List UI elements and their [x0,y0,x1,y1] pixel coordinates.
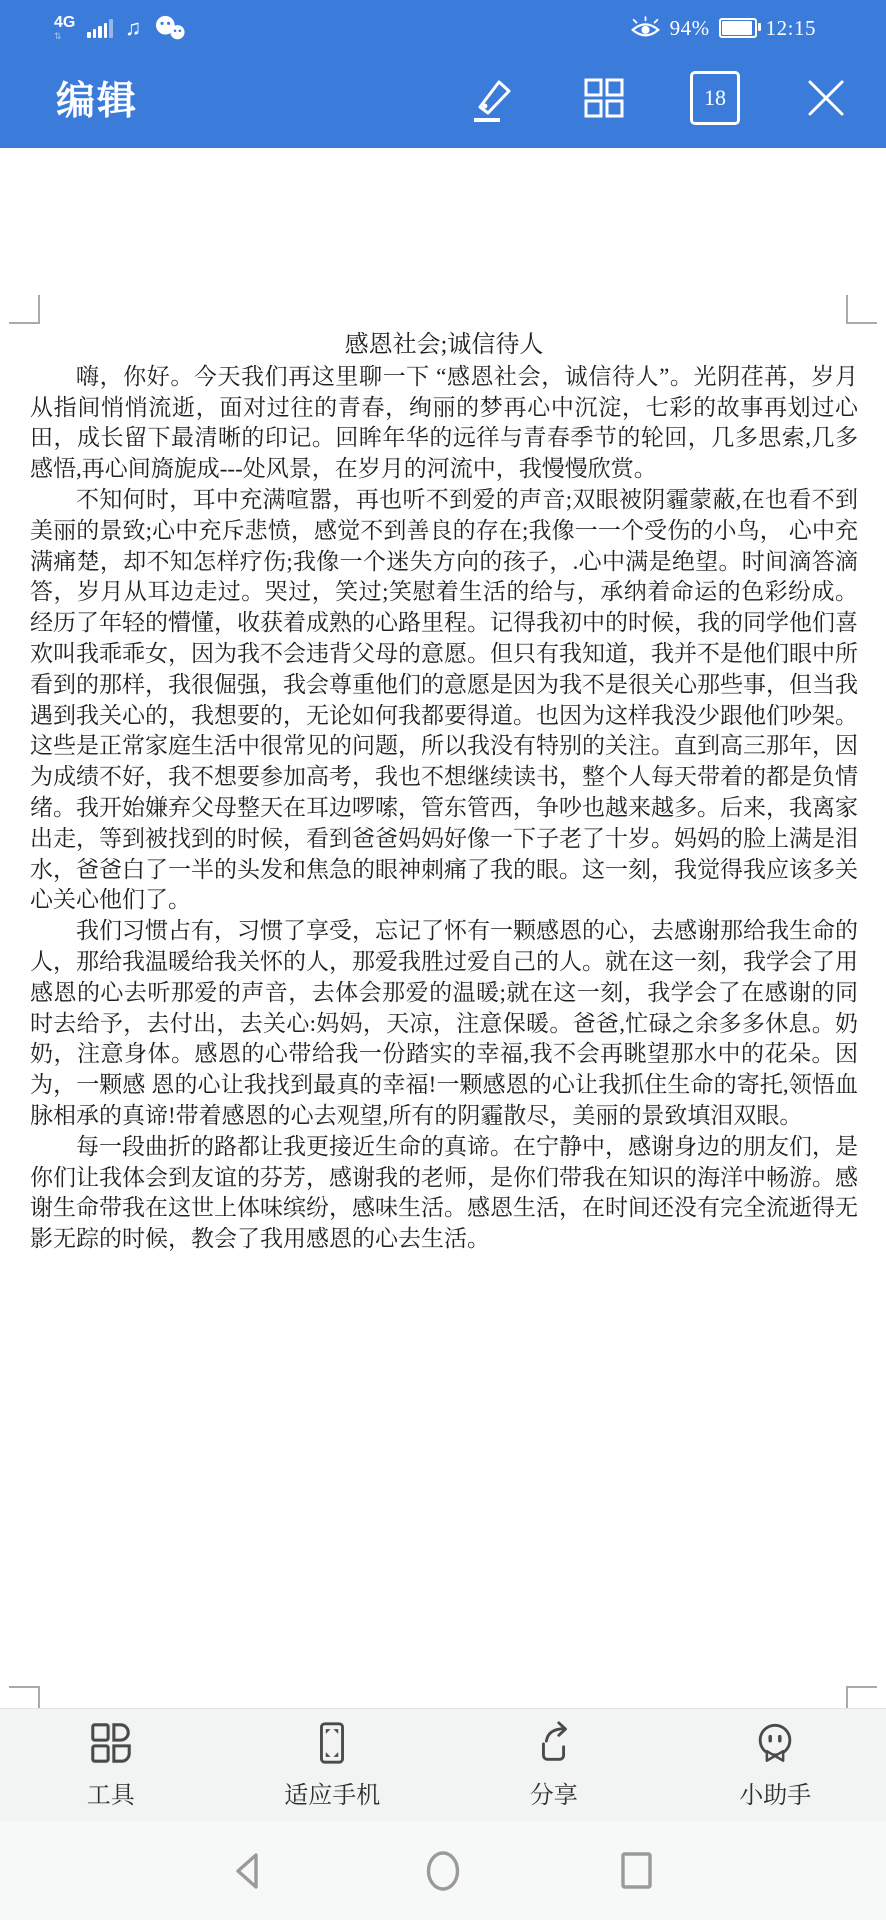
status-bar: 4G ⇅ ♫ 94% [0,6,886,50]
page-corner-mark-top-left [9,295,40,324]
toolbar-item-assistant[interactable]: 小助手 [665,1720,886,1810]
document-paragraph: 不知何时，耳中充满喧嚣，再也听不到爱的声音;双眼被阴霾蒙蔽,在也看不到美丽的景致… [30,485,858,916]
eye-protection-icon [630,16,661,41]
tools-grid-icon [88,1720,134,1766]
home-icon[interactable] [421,1847,465,1895]
toolbar-item-label: 分享 [530,1775,578,1810]
share-icon [531,1720,577,1766]
battery-icon [719,18,757,38]
status-time: 12:15 [766,16,816,41]
document-content: 感恩社会;诚信待人 嗨，你好。今天我们再这里聊一下 “感恩社会，诚信待人”。光阴… [0,148,886,1255]
toolbar-item-label: 小助手 [739,1775,811,1810]
music-note-icon: ♫ [125,17,142,39]
battery-percent-label: 94% [670,16,710,41]
recents-icon[interactable] [615,1849,659,1893]
back-icon[interactable] [227,1849,271,1893]
page-count-label: 18 [704,85,726,111]
toolbar-item-share[interactable]: 分享 [443,1720,665,1810]
signal-bars-icon: 4G ⇅ [54,15,75,41]
toolbar-item-fit-phone[interactable]: 适应手机 [222,1720,444,1810]
grid-view-icon[interactable] [580,74,628,122]
toolbar-item-label: 适应手机 [284,1775,380,1810]
android-nav-bar [0,1821,886,1920]
signal-strength-icon [87,18,113,38]
close-icon[interactable] [802,74,850,122]
document-paragraph: 每一段曲折的路都让我更接近生命的真谛。在宁静中，感谢身边的朋友们，是你们让我体会… [30,1132,858,1255]
signature-pen-icon[interactable] [466,72,518,124]
page-number-box[interactable]: 18 [690,71,740,125]
bottom-toolbar: 工具 适应手机 分享 小助手 [0,1708,886,1821]
app-top-bar: 4G ⇅ ♫ 94% [0,0,886,148]
page-corner-mark-top-right [846,295,877,324]
document-paragraph: 嗨，你好。今天我们再这里聊一下 “感恩社会，诚信待人”。光阴荏苒，岁月从指间悄悄… [30,362,858,485]
assistant-robot-icon [752,1720,798,1766]
document-title: 感恩社会;诚信待人 [30,330,858,361]
page-title: 编辑 [56,70,138,126]
network-sub-label: ⇅ [54,32,62,41]
document-paragraph: 我们习惯占有，习惯了享受，忘记了怀有一颗感恩的心，去感谢那给我生命的人，那给我温… [30,916,858,1132]
network-type-label: 4G [54,15,75,31]
document-page[interactable]: 感恩社会;诚信待人 嗨，你好。今天我们再这里聊一下 “感恩社会，诚信待人”。光阴… [0,148,886,1708]
toolbar-item-tools[interactable]: 工具 [0,1720,222,1810]
wechat-icon [153,14,187,42]
toolbar-item-label: 工具 [87,1775,135,1810]
app-header: 编辑 18 [0,48,886,148]
fit-phone-icon [309,1720,355,1766]
